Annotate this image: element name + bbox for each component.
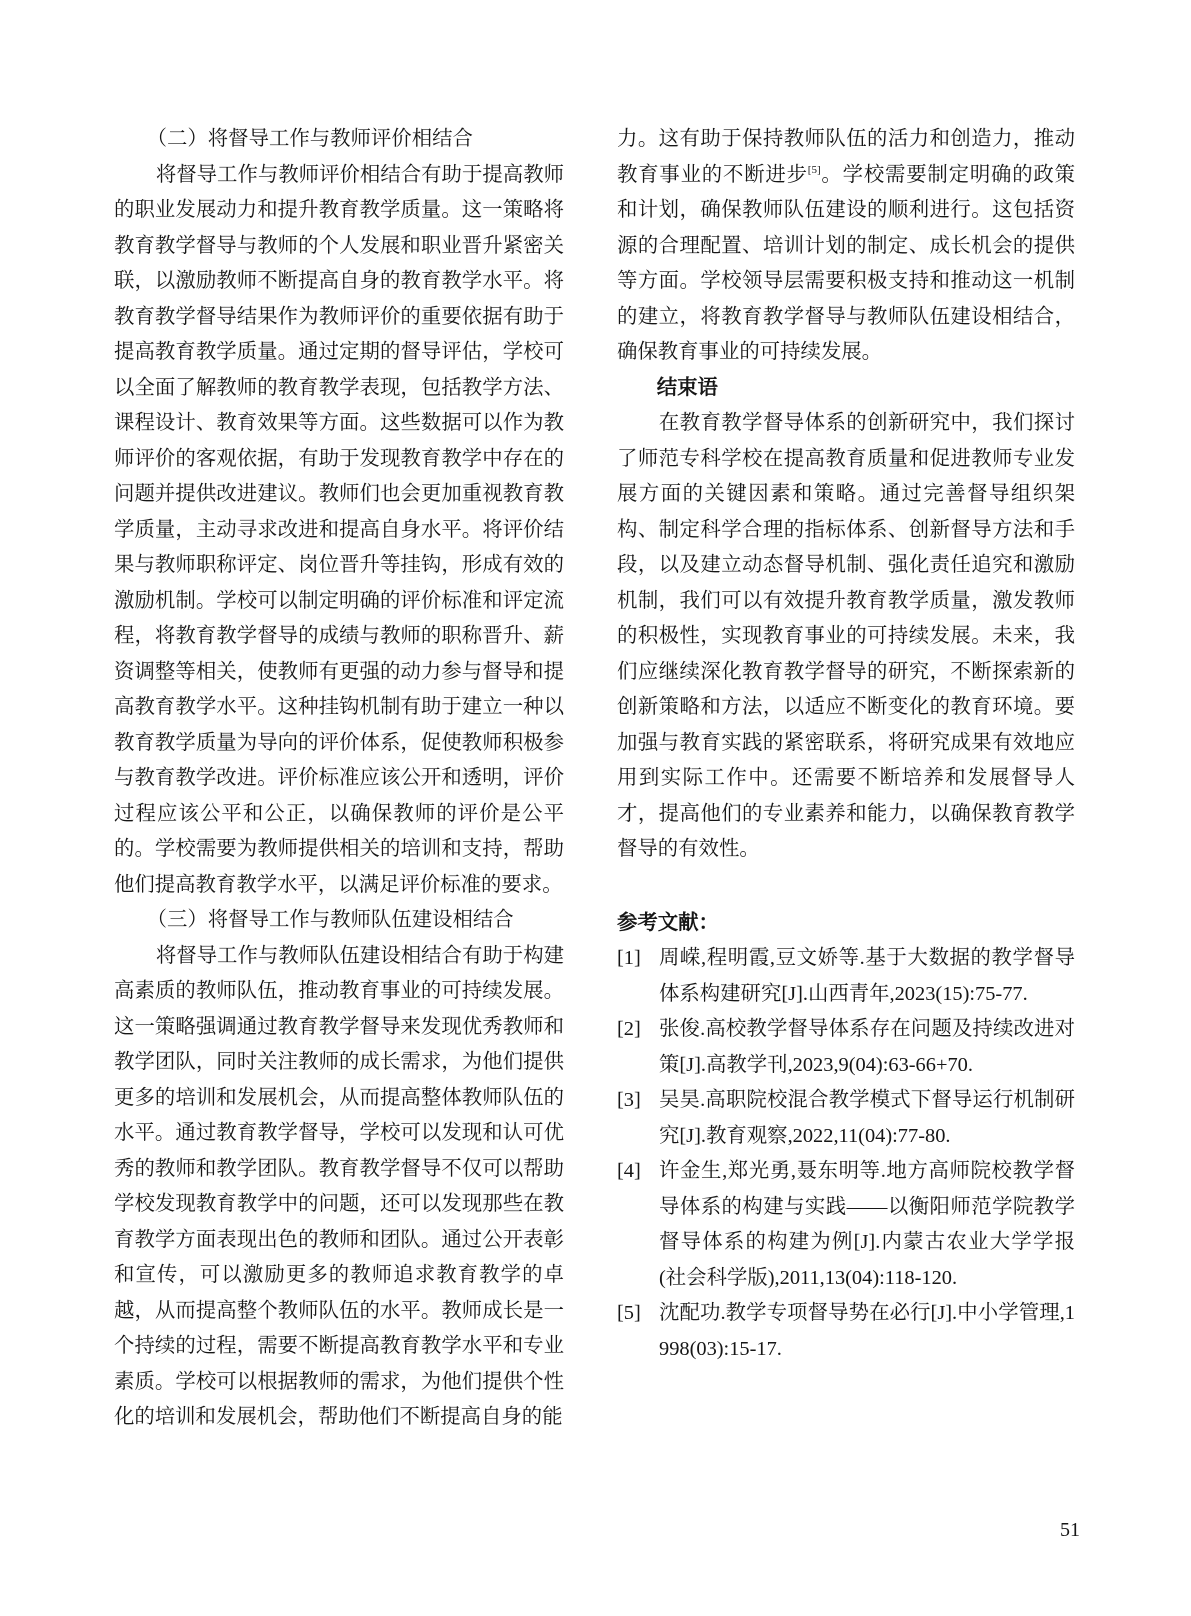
section-3-paragraph: 将督导工作与教师队伍建设相结合有助于构建高素质的教师队伍，推动教育事业的可持续发…: [114, 939, 564, 1436]
section-2-paragraph: 将督导工作与教师评价相结合有助于提高教师的职业发展动力和提升教育教学质量。这一策…: [114, 158, 564, 904]
reference-item: [2] 张俊.高校教学督导体系存在问题及持续改进对策[J].高教学刊,2023,…: [617, 1012, 1075, 1083]
section-3-heading: （三）将督导工作与教师队伍建设相结合: [114, 903, 564, 939]
document-page: （二）将督导工作与教师评价相结合 将督导工作与教师评价相结合有助于提高教师的职业…: [0, 0, 1191, 1616]
references-list: [1] 周嵘,程明霞,豆文娇等.基于大数据的教学督导体系构建研究[J].山西青年…: [617, 941, 1075, 1367]
reference-text: 周嵘,程明霞,豆文娇等.基于大数据的教学督导体系构建研究[J].山西青年,202…: [659, 947, 1075, 1005]
conclusion-heading: 结束语: [617, 371, 1075, 407]
citation-superscript: [5]: [808, 164, 821, 176]
reference-item: [4] 许金生,郑光勇,聂东明等.地方高师院校教学督导体系的构建与实践——以衡阳…: [617, 1154, 1075, 1296]
reference-item: [1] 周嵘,程明霞,豆文娇等.基于大数据的教学督导体系构建研究[J].山西青年…: [617, 941, 1075, 1012]
reference-text: 张俊.高校教学督导体系存在问题及持续改进对策[J].高教学刊,2023,9(04…: [659, 1018, 1075, 1076]
right-column: 力。这有助于保持教师队伍的活力和创造力，推动教育事业的不断进步[5]。学校需要制…: [617, 122, 1075, 1367]
reference-marker: [3]: [617, 1083, 641, 1119]
reference-marker: [2]: [617, 1012, 641, 1048]
reference-marker: [4]: [617, 1154, 641, 1190]
reference-item: [5] 沈配功.教学专项督导势在必行[J].中小学管理,1998(03):15-…: [617, 1296, 1075, 1367]
reference-text: 沈配功.教学专项督导势在必行[J].中小学管理,1998(03):15-17.: [659, 1302, 1075, 1360]
paragraph-text-after-citation: 。学校需要制定明确的政策和计划，确保教师队伍建设的顺利进行。这包括资源的合理配置…: [617, 164, 1075, 364]
reference-marker: [5]: [617, 1296, 641, 1332]
references-heading: 参考文献：: [617, 906, 1075, 942]
reference-item: [3] 吴昊.高职院校混合教学模式下督导运行机制研究[J].教育观察,2022,…: [617, 1083, 1075, 1154]
left-column: （二）将督导工作与教师评价相结合 将督导工作与教师评价相结合有助于提高教师的职业…: [114, 122, 564, 1436]
page-number: 51: [1048, 1516, 1092, 1544]
reference-text: 许金生,郑光勇,聂东明等.地方高师院校教学督导体系的构建与实践——以衡阳师范学院…: [659, 1160, 1075, 1289]
reference-text: 吴昊.高职院校混合教学模式下督导运行机制研究[J].教育观察,2022,11(0…: [659, 1089, 1075, 1147]
section-2-heading: （二）将督导工作与教师评价相结合: [114, 122, 564, 158]
conclusion-paragraph: 在教育教学督导体系的创新研究中，我们探讨了师范专科学校在提高教育质量和促进教师专…: [617, 406, 1075, 868]
reference-marker: [1]: [617, 941, 641, 977]
section-3-paragraph-continued: 力。这有助于保持教师队伍的活力和创造力，推动教育事业的不断进步[5]。学校需要制…: [617, 122, 1075, 371]
